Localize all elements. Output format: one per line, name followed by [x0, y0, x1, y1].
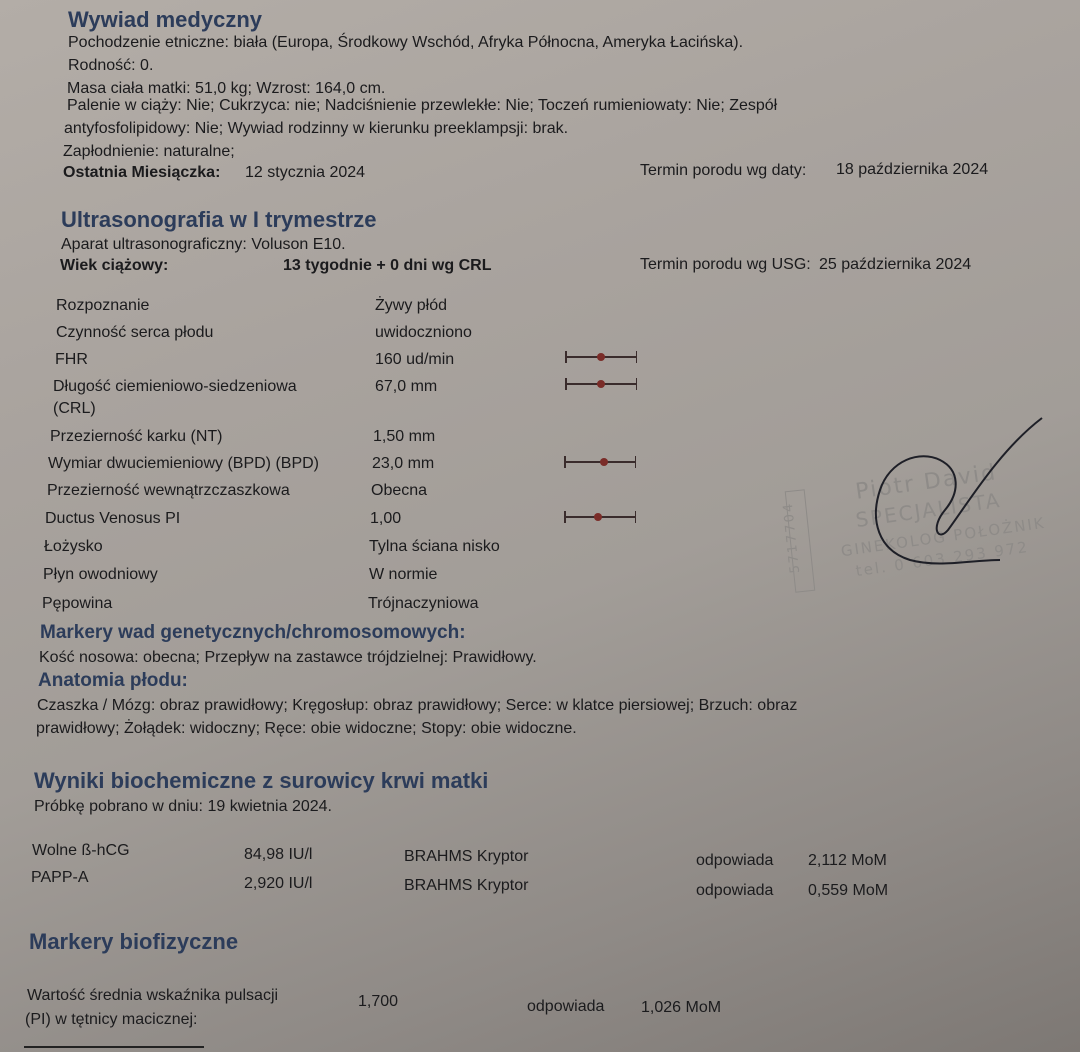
bpd-range-indicator — [564, 456, 636, 468]
genetic-markers-text: Kość nosowa: obecna; Przepływ na zastawc… — [39, 649, 537, 667]
crl-range-indicator — [565, 378, 637, 390]
usg-row-value: 67,0 mm — [375, 378, 437, 396]
usg-row-label: Płyn owodniowy — [43, 566, 158, 584]
divider-line — [24, 1046, 204, 1048]
biochem-row-method: BRAHMS Kryptor — [404, 877, 528, 895]
fhr-range-indicator — [565, 351, 637, 363]
biochem-row-value: 2,920 IU/l — [244, 875, 312, 893]
usg-row-value: uwidoczniono — [375, 324, 472, 342]
lmp-label: Ostatnia Miesiączka: — [63, 164, 220, 182]
usg-row-value: 1,50 mm — [373, 428, 435, 446]
usg-row-label: Ductus Venosus PI — [45, 510, 180, 528]
biochem-row-corresponds: odpowiada — [696, 852, 773, 870]
anatomy-line-2: prawidłowy; Żołądek: widoczny; Ręce: obi… — [36, 720, 577, 738]
usg-row-label-cont: (CRL) — [53, 400, 96, 418]
genetic-markers-title: Markery wad genetycznych/chromosomowych: — [40, 622, 466, 644]
usg-row-value: Trójnaczyniowa — [368, 595, 479, 613]
medical-history-title: Wywiad medyczny — [68, 7, 262, 33]
biophysical-mom: 1,026 MoM — [641, 999, 721, 1017]
usg-row-label: Wymiar dwuciemieniowy (BPD) (BPD) — [48, 455, 319, 473]
gestational-age-label: Wiek ciążowy: — [60, 257, 168, 275]
usg-row-value: Tylna ściana nisko — [369, 538, 500, 556]
biochem-row-method: BRAHMS Kryptor — [404, 848, 528, 866]
gestational-age-value: 13 tygodnie + 0 dni wg CRL — [283, 257, 491, 275]
ultrasound-device: Aparat ultrasonograficzny: Voluson E10. — [61, 236, 346, 254]
history-line-weight-height: Masa ciała matki: 51,0 kg; Wzrost: 164,0… — [67, 80, 385, 98]
signature-icon — [770, 410, 1080, 610]
biochem-sample-date: Próbkę pobrano w dniu: 19 kwietnia 2024. — [34, 798, 332, 816]
biophysical-label-2: (PI) w tętnicy macicznej: — [25, 1011, 197, 1029]
usg-row-label: Czynność serca płodu — [56, 324, 213, 342]
usg-row-label: Długość ciemieniowo-siedzeniowa — [53, 378, 297, 396]
usg-row-label: Łożysko — [44, 538, 103, 556]
biochem-title: Wyniki biochemiczne z surowicy krwi matk… — [34, 768, 488, 794]
biochem-row-mom: 0,559 MoM — [808, 882, 888, 900]
usg-row-label: Przezierność karku (NT) — [50, 428, 222, 446]
usg-row-value: 1,00 — [370, 510, 401, 528]
lmp-value: 12 stycznia 2024 — [245, 164, 365, 182]
ductus-venosus-range-indicator — [564, 511, 636, 523]
biophysical-title: Markery biofizyczne — [29, 929, 238, 955]
anatomy-line-1: Czaszka / Mózg: obraz prawidłowy; Kręgos… — [37, 697, 797, 715]
history-line-ethnicity: Pochodzenie etniczne: biała (Europa, Śro… — [68, 34, 743, 52]
anatomy-title: Anatomia płodu: — [38, 670, 188, 692]
usg-due-date-label: Termin porodu wg USG: — [640, 256, 811, 274]
biophysical-label-1: Wartość średnia wskaźnika pulsacji — [27, 987, 278, 1005]
biophysical-value: 1,700 — [358, 993, 398, 1011]
history-line-conditions: Palenie w ciąży: Nie; Cukrzyca: nie; Nad… — [67, 97, 777, 115]
history-line-conditions-cont: antyfosfolipidowy: Nie; Wywiad rodzinny … — [64, 120, 568, 138]
due-date-value: 18 października 2024 — [836, 161, 988, 179]
ultrasound-title: Ultrasonografia w I trymestrze — [61, 207, 376, 233]
usg-due-date-value: 25 października 2024 — [819, 256, 971, 274]
usg-row-value: 23,0 mm — [372, 455, 434, 473]
usg-row-value: W normie — [369, 566, 437, 584]
usg-row-label: FHR — [55, 351, 88, 369]
due-date-label: Termin porodu wg daty: — [640, 162, 806, 180]
biochem-row-corresponds: odpowiada — [696, 882, 773, 900]
doctor-stamp: 5717704 Piotr David SPECJALISTA GINEKOLO… — [770, 410, 1080, 610]
history-line-conception: Zapłodnienie: naturalne; — [63, 143, 235, 161]
biochem-row-mom: 2,112 MoM — [808, 852, 887, 870]
usg-row-label: Rozpoznanie — [56, 297, 149, 315]
usg-row-value: 160 ud/min — [375, 351, 454, 369]
usg-row-value: Obecna — [371, 482, 427, 500]
usg-row-value: Żywy płód — [375, 297, 447, 315]
usg-row-label: Przezierność wewnątrzczaszkowa — [47, 482, 290, 500]
biochem-row-value: 84,98 IU/l — [244, 846, 312, 864]
history-line-parity: Rodność: 0. — [68, 57, 153, 75]
usg-row-label: Pępowina — [42, 595, 112, 613]
biophysical-corresponds: odpowiada — [527, 998, 604, 1016]
biochem-row-name: PAPP-A — [31, 869, 89, 887]
biochem-row-name: Wolne ß-hCG — [32, 842, 130, 860]
